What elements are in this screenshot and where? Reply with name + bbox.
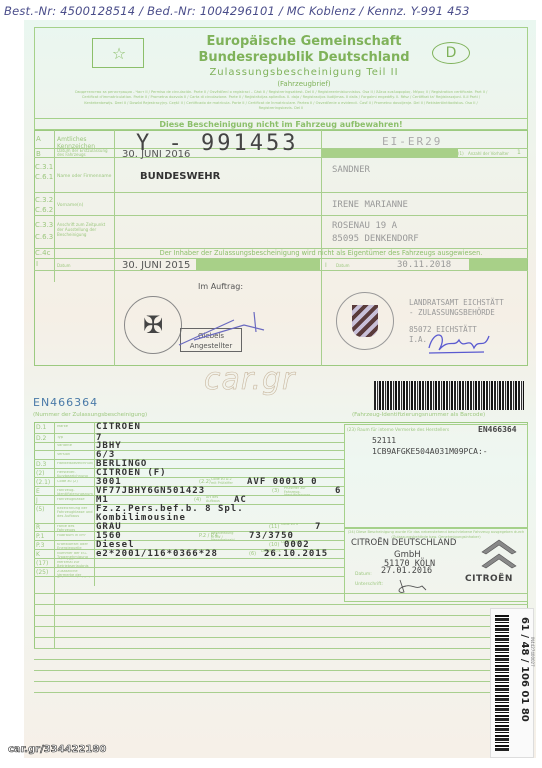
vehicle-code: K [36, 551, 40, 558]
citroen-chevrons-icon [479, 536, 519, 570]
vehicle-label: Merkmal zur Betriebserlaubnis [57, 561, 93, 569]
authority-line2: - ZULASSUNGSBEHÖRDE [409, 308, 495, 317]
vehicle-code: R [36, 524, 40, 531]
code-i: I [36, 260, 38, 268]
ruled-line [34, 692, 490, 693]
ruled-line [34, 626, 490, 627]
first-registration-date: 30. JUNI 2016 [122, 149, 190, 160]
issue-date-right: 30.11.2018 [397, 260, 451, 270]
sticker-number: 61 / 48 / 106 01 80 [519, 617, 530, 722]
vehicle-label: Nummer der EG-Typgenehmigung oder ABE [57, 552, 93, 560]
code-c31: C.3.1C.6.1 [35, 162, 53, 182]
vehicle-label: Hersteller-Kurzbezeichnung [57, 471, 93, 479]
ruled-line [34, 659, 490, 660]
header-line3: Zulassungsbescheinigung Teil II [184, 67, 424, 78]
doc-number: EN466364 [33, 396, 98, 409]
code-c32: C.3.2C.6.2 [35, 195, 53, 215]
sticker-small-text: IN4427400027 [530, 637, 535, 667]
vehicle-subcode: (10) [269, 542, 279, 549]
footer-watermark: car.gr/334422180 [8, 744, 106, 755]
authority-line1: LANDRATSAMT EICHSTÄTT [409, 298, 504, 307]
vehicle-code: (2) [36, 470, 45, 477]
side-barcode-sticker: 61 / 48 / 106 01 80 IN4427400027 [490, 608, 534, 758]
vehicle-code: D.1 [36, 424, 46, 431]
watermark: car.gr [204, 362, 295, 397]
vehicle-value: e2*2001/116*0366*28 [96, 549, 218, 559]
issuer-date: 27.01.2016 [381, 566, 432, 576]
vehicle-label: Marke [57, 425, 93, 435]
issuer-company: CITROËN DEUTSCHLAND [351, 538, 456, 548]
label-date-right: Datum [336, 262, 350, 269]
vehicle-label: Typ [57, 436, 93, 444]
plate-civil: EI-ER29 [382, 135, 442, 148]
barcode-caption: (Fahrzeug-Identifizierungsnummer als Bar… [352, 412, 485, 418]
vehicle-code: J [36, 497, 38, 504]
vehicle-label: Fahrzeugklasse [57, 498, 93, 506]
vehicle-sublabel: Code zu D.2 mit Prüfziffer [211, 478, 237, 486]
vin-barcode [374, 381, 524, 410]
vehicle-label: Version [57, 453, 93, 461]
holder-left-name: BUNDESWEHR [140, 171, 220, 182]
code-b: B [36, 150, 41, 158]
c4c-notice: Der Inhaber der Zulassungsbescheinigung … [114, 249, 528, 257]
vehicle-code: P.3 [36, 542, 44, 549]
registration-certificate: ☆ Europäische Gemeinschaft Bundesrepubli… [24, 20, 536, 758]
label-address: Anschrift zum Zeitpunkt der Ausstellung … [57, 222, 112, 237]
vehicle-label: Farbe des Fahrzeugs [57, 525, 93, 533]
vehicle-sublabel: Art des Aufbaus [206, 496, 232, 504]
code-c4c: C.4c [35, 249, 50, 257]
ruled-line [34, 681, 490, 682]
prior-owners-label: Anzahl der Vorhalter [468, 150, 509, 157]
manufacturer-line1: 52111 [372, 436, 396, 445]
im-auftrag: Im Auftrag: [198, 282, 243, 291]
label-name: Name oder Firmenname [57, 173, 112, 180]
vehicle-value: CITROEN [96, 422, 141, 432]
header-translations: Свидетелство за регистрация - Част II / … [74, 90, 488, 118]
code-c33: C.3.3C.6.3 [35, 219, 53, 243]
header-line2: Bundesrepublik Deutschland [184, 50, 424, 65]
vehicle-code: (17) [36, 560, 48, 567]
header-line4: (Fahrzeugbrief) [184, 80, 424, 88]
prior-owners-code: (1) [458, 150, 464, 157]
vehicle-subcode: (4) [194, 497, 201, 504]
manufacturer-doc-number: EN466364 [478, 425, 517, 434]
country-code-badge: D [432, 42, 470, 64]
manufacturer-label: (23) Raum für interne Vermerke des Herst… [347, 427, 449, 434]
ruled-line [34, 648, 490, 649]
vehicle-value: VF77JBHY6GN501423 [96, 486, 205, 496]
holder-address-line2: 85095 DENKENDORF [332, 234, 419, 244]
vehicle-subvalue: 7 [315, 522, 321, 532]
vehicle-subcode: (11) [269, 524, 279, 531]
sticker-barcode [495, 615, 509, 751]
vehicle-subvalue: 26.10.2015 [264, 549, 328, 559]
ruled-line [34, 615, 490, 616]
vehicle-code: (2.1) [36, 479, 50, 486]
holder-right-name: SANDNER [332, 165, 370, 175]
warning-banner: Diese Bescheinigung nicht im Fahrzeug au… [34, 119, 528, 130]
issuer-signature-label: Unterschrift: [355, 581, 383, 588]
ruled-line [34, 670, 490, 671]
vehicle-code: E [36, 488, 40, 495]
vehicle-label: Code zu (2) [57, 480, 93, 488]
label-date-left: Datum [57, 262, 71, 269]
vehicle-label: Kraftstoffart oder Energiequelle [57, 543, 93, 551]
vehicle-label: Zusätzliche Vermerke der Zulassungsbehör… [57, 570, 93, 578]
manufacturer-line2: 1CB9AFGKE504A031M09PCA:- [372, 447, 488, 456]
header-line1: Europäische Gemeinschaft [184, 34, 424, 49]
signature-right-icon [424, 328, 504, 358]
citroen-brand: CITROËN [465, 574, 513, 584]
vehicle-sublabel: Prüfziffer zur Fahrzeug-Identifizierungs… [284, 487, 310, 495]
holder-address-line1: ROSENAU 19 A [332, 221, 397, 231]
vehicle-subvalue: AVF 00018 0 [247, 477, 318, 487]
ruled-line [34, 593, 528, 594]
vehicle-label: Bezeichnung der Fahrzeugklasse und des A… [57, 507, 93, 525]
vehicle-subcode: (6) [249, 551, 256, 558]
vehicle-label: Variante [57, 444, 93, 452]
bavaria-seal-icon [336, 292, 394, 350]
vehicle-code: D.2 [36, 435, 46, 442]
code-a: A [36, 135, 41, 143]
doc-number-caption: (Nummer der Zulassungsbescheinigung) [33, 412, 147, 418]
vehicle-code: (5) [36, 506, 45, 513]
vehicle-sublabel: Nennleistung in kW / Nenndrehzahl bei mi… [211, 532, 237, 540]
ruled-line [34, 637, 490, 638]
code-i-right: I [325, 262, 327, 269]
label-b: Datum der Erstzulassung des Fahrzeugs [57, 149, 112, 157]
vehicle-code: D.3 [36, 461, 46, 468]
holder-right-firstname: IRENE MARIANNE [332, 200, 408, 210]
label-firstname: Vorname(n) [57, 202, 112, 209]
issue-date-left: 30. JUNI 2015 [122, 260, 190, 271]
vehicle-code: (25) [36, 569, 48, 576]
issuer-date-label: Datum: [355, 571, 372, 578]
vehicle-subvalue: 6 [335, 486, 341, 496]
vehicle-label: Handelsbezeichnung(en) [57, 462, 93, 470]
eu-flag-icon: ☆ [92, 38, 144, 68]
signature-left-icon [174, 310, 274, 350]
vehicle-subcode: (2.2) [199, 479, 211, 486]
ruled-line [34, 604, 528, 605]
prior-owners-count: 1 [517, 149, 521, 156]
vehicle-label: Hubraum in cm³ [57, 534, 93, 542]
vehicle-code: P.1 [36, 533, 44, 540]
vehicle-subcode: (3) [272, 488, 279, 495]
vehicle-label: Fahrzeug-Identifizierungsnummer [57, 489, 93, 497]
handwritten-note: Best.-Nr: 4500128514 / Bed.-Nr: 10042961… [4, 4, 470, 18]
vehicle-sublabel: Code zu R [281, 523, 307, 531]
